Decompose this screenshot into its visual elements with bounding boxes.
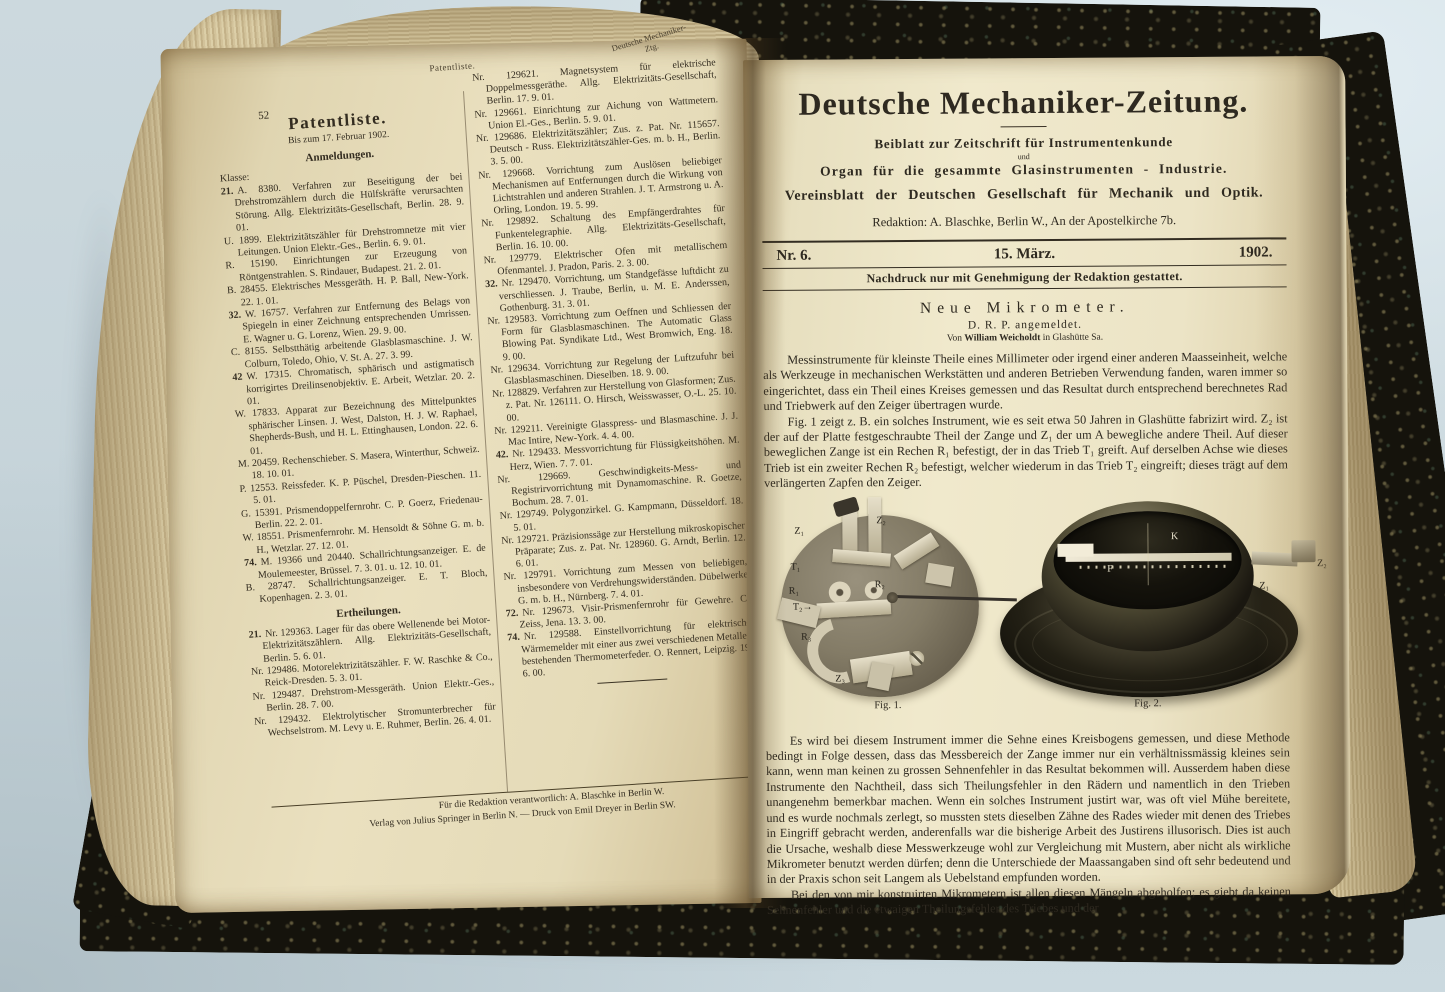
fig1-caption: Fig. 1. [776,699,1001,712]
figures-row: Z₁ Z₂ T₁ R₁ R₂ T₂→ R₃ Z₃ Fig. 1. [764,500,1290,730]
fig1-label: R₁ [789,585,799,596]
patent-class-number: 42. [496,449,509,461]
ertheilungen-list: 21.Nr. 129363. Lager für das obere Welle… [248,614,497,741]
issue-date: 15. März. [942,246,1107,264]
figure-1-micrometer-mechanism: Z₁ Z₂ T₁ R₁ R₂ T₂→ R₃ Z₃ Fig. 1. [774,502,1000,708]
fig1-label: Z₃ [835,673,845,684]
redaktion-line: Redaktion: A. Blaschke, Berlin W., An de… [762,212,1286,231]
fig1-label: Z₂ [876,515,886,526]
patent-class-number: 21. [220,186,233,198]
patent-class-number: 42 [232,372,243,384]
article-paragraph: Es wird bei diesem Instrument immer die … [766,730,1291,888]
fig1-label: R₃ [801,631,811,642]
fig2-beam-end [1057,543,1093,556]
byline-suffix: in Glashütte Sa. [1040,333,1103,343]
article-subtitle: D. R. P. angemeldet. [763,317,1287,333]
fig1-label: R₂ [875,579,885,590]
fig1-label: T₂→ [793,601,813,612]
fig1-label: T₁ [791,561,801,572]
fig2-arm-end-block [1291,540,1315,562]
masthead-subtitle-3: Vereinsblatt der Deutschen Gesellschaft … [762,185,1286,205]
running-head-left: Patentliste. [429,60,475,73]
journal-title: Deutsche Mechaniker-Zeitung. [761,82,1285,123]
fig1-jaw-post [868,497,881,557]
title-rule [1001,126,1047,127]
fig1-screw [909,651,924,666]
left-page: 52 Patentliste. Deutsche Mechaniker-Ztg.… [161,39,762,913]
patent-class-number: 32. [485,279,498,291]
patent-column-1: Patentliste. Bis zum 17. Februar 1902. A… [216,104,497,741]
patent-column-2: Nr. 129621. Magnetsystem für elektrische… [472,57,754,689]
fig1-label: Z₁ [794,525,804,536]
article-paragraph: Bei den von mir konstruirten Mikrometern… [767,884,1291,918]
patent-class-number: 21. [248,629,261,641]
article-paragraph: Fig. 1 zeigt z. B. ein solches Instrumen… [764,411,1289,492]
article-byline: Von William Weicholdt in Glashütte Sa. [763,331,1287,345]
issue-row: Nr. 6. 15. März. 1902. [762,239,1286,268]
right-page: Deutsche Mechaniker-Zeitung. Beiblatt zu… [743,56,1351,898]
fig1-pivot [887,592,898,603]
fig2-label: Z₂ [1317,558,1327,569]
fig2-label: Z₁ [1259,580,1269,591]
patent-class-number: 74. [244,557,257,569]
figure-2-micrometer-instrument: K F Z₂ Z₁ Fig. 2. [999,500,1296,706]
left-page-content: 52 Patentliste. Deutsche Mechaniker-Ztg.… [145,26,784,925]
ertheilungen-list-continued: Nr. 129621. Magnetsystem für elektrische… [472,57,754,681]
article-paragraph: Messinstrumente für kleinste Theile eine… [763,349,1287,414]
byline-prefix: Von [947,334,965,344]
fig1-gear [829,581,851,603]
fig2-label: K [1171,531,1178,542]
right-page-content: Deutsche Mechaniker-Zeitung. Beiblatt zu… [761,70,1291,918]
end-of-list-rule [597,679,667,684]
patent-class-number: 74. [507,632,520,644]
byline-author: William Weicholdt [964,333,1040,344]
patent-class-number: 32. [228,310,241,322]
fig2-measuring-arm [1251,551,1298,566]
anmeldungen-list: 21.A. 8380. Verfahren zur Beseitigung de… [220,171,488,607]
issue-year: 1902. [1107,244,1272,262]
patent-class-number: 72. [506,608,519,620]
masthead-subtitle-2: Organ für die gesammte Glasinstrumenten … [762,160,1286,180]
fig2-label: F [1107,563,1113,574]
article-title: Neue Mikrometer. [763,297,1287,319]
issue-number: Nr. 6. [776,247,941,265]
fig2-caption: Fig. 2. [1000,697,1296,710]
fig1-block [925,562,954,586]
